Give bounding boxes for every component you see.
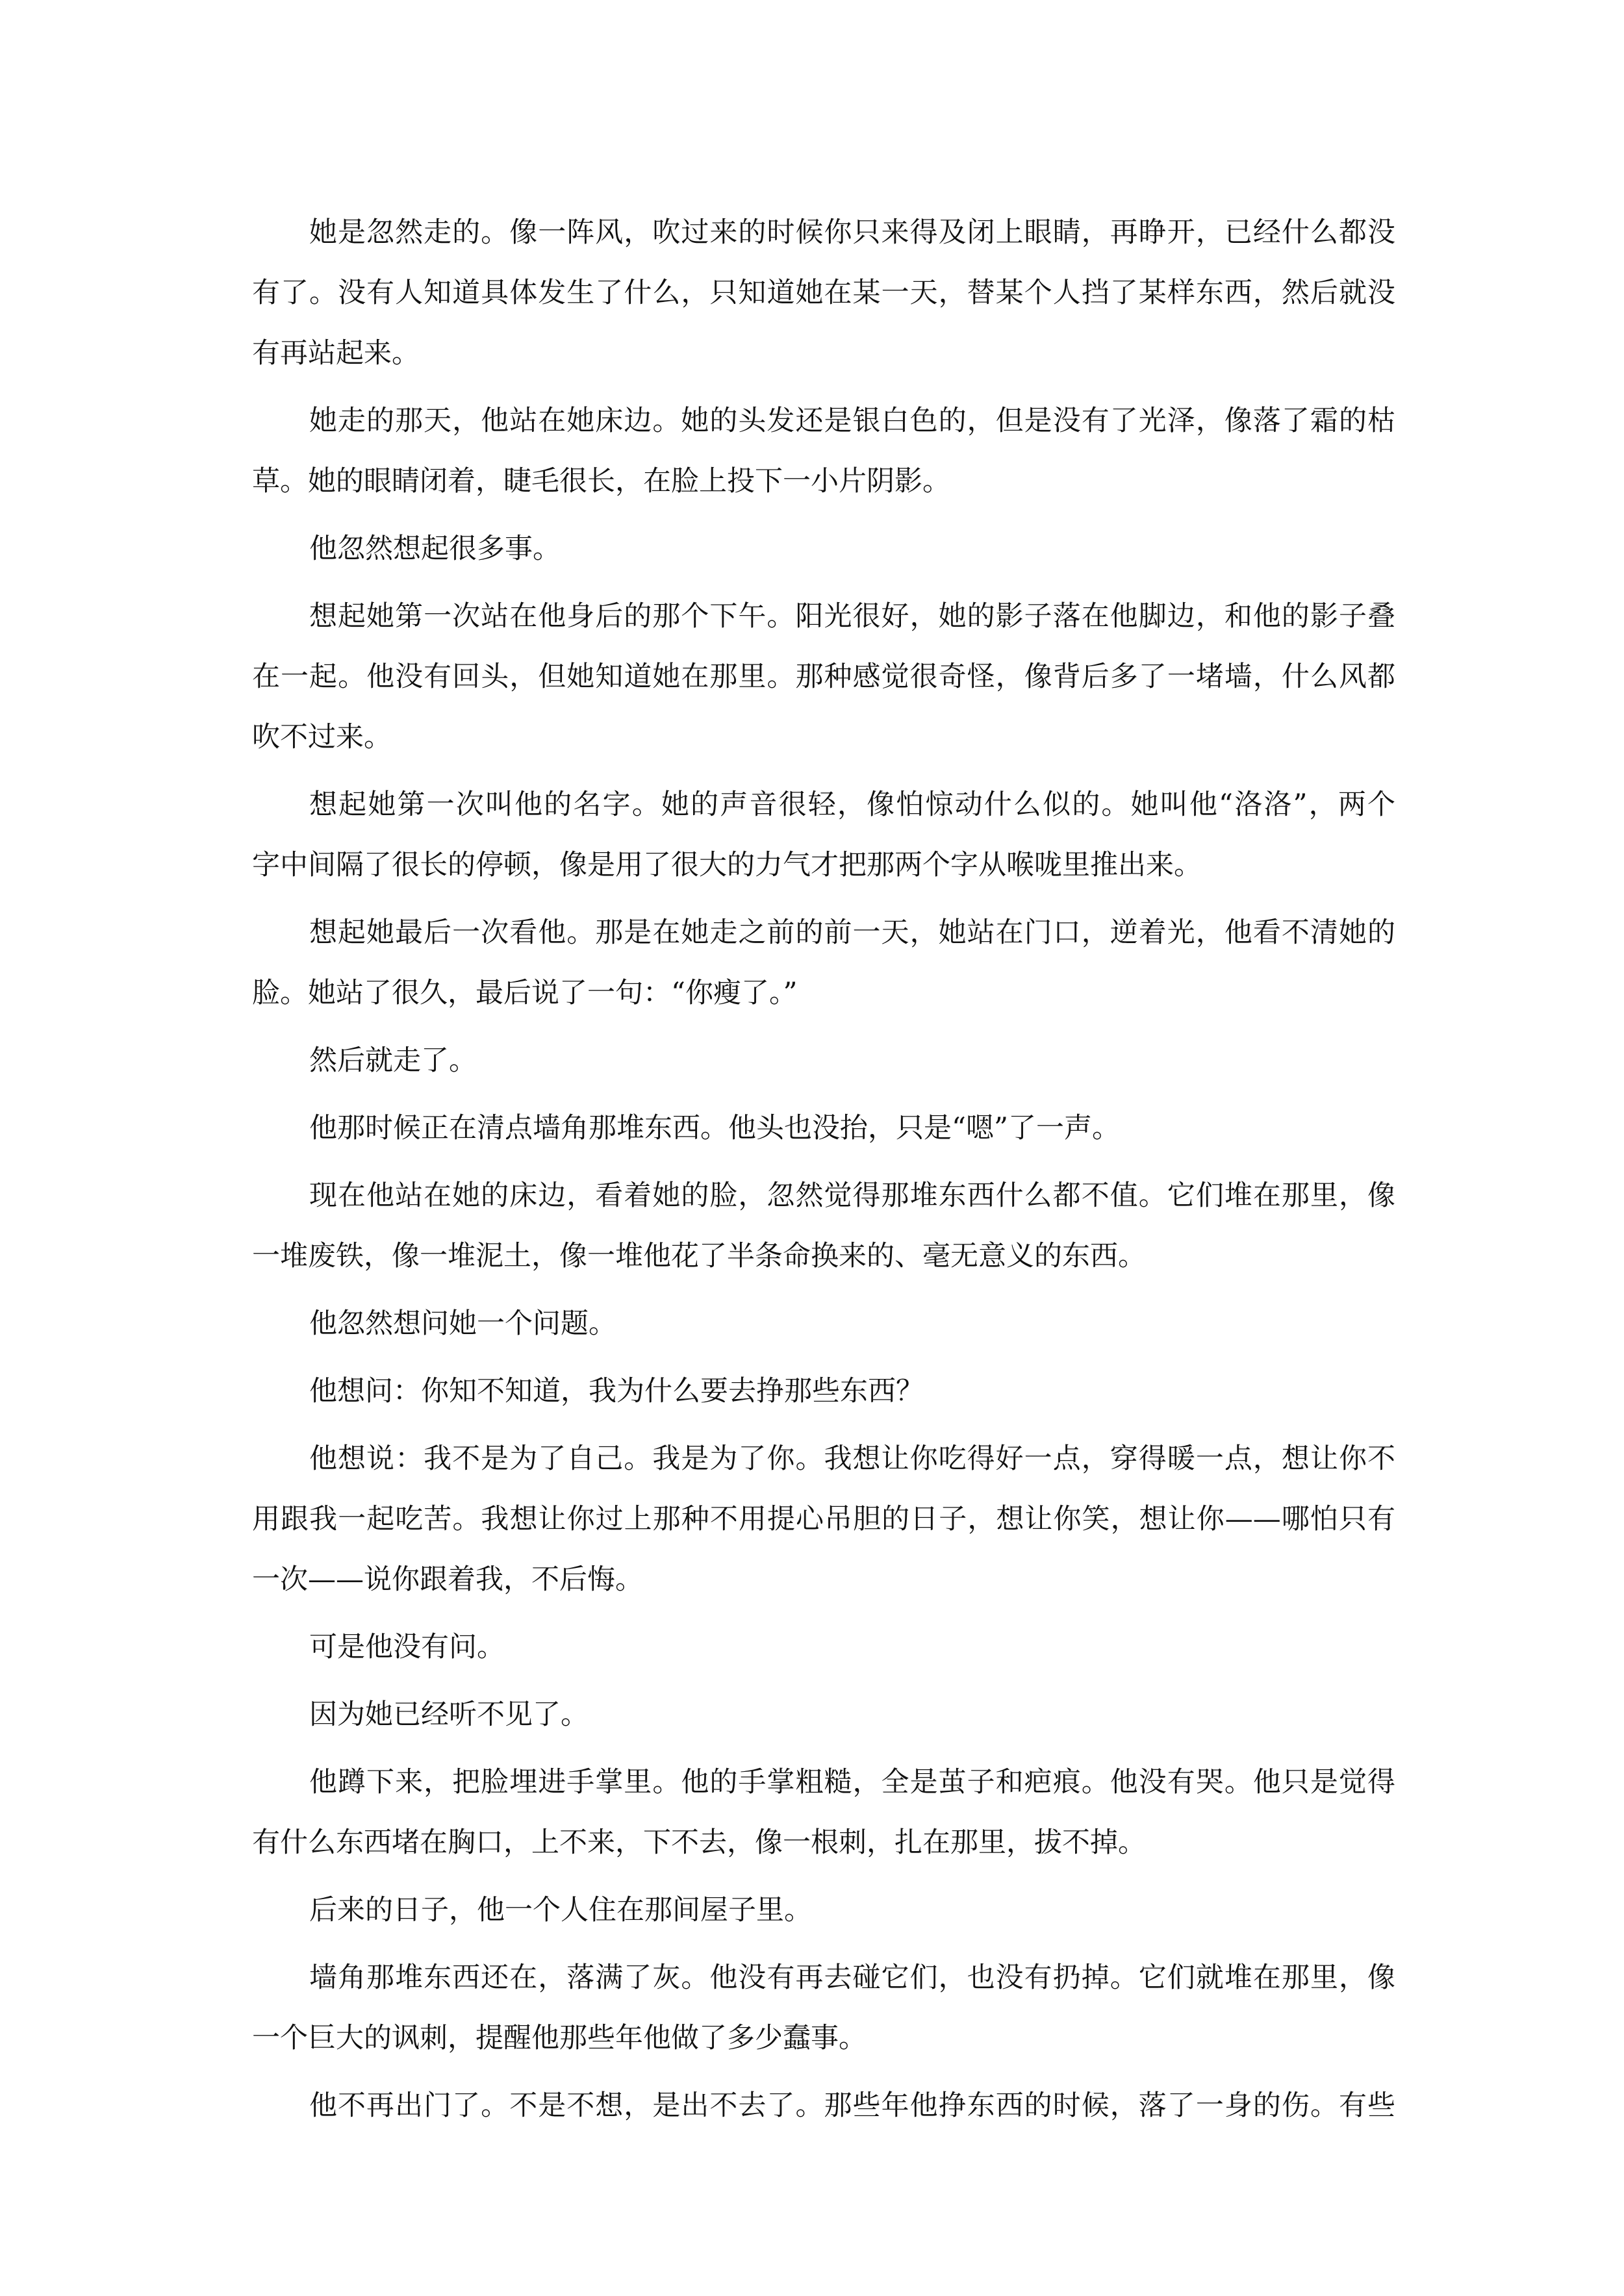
text-line: 字中间隔了很长的停顿，像是用了很大的力气才把那两个字从喉咙里推出来。 (252, 835, 1395, 896)
paragraph: 想起她第一次叫他的名字。她的声音很轻，像怕惊动什么似的。她叫他“洛洛”，两个字中… (252, 775, 1395, 896)
text-line: 一个巨大的讽刺，提醒他那些年他做了多少蠢事。 (252, 2008, 1395, 2069)
paragraph: 墙角那堆东西还在，落满了灰。他没有再去碰它们，也没有扔掉。它们就堆在那里，像一个… (252, 1948, 1395, 2069)
text-line: 在一起。他没有回头，但她知道她在那里。那种感觉很奇怪，像背后多了一堵墙，什么风都 (252, 647, 1395, 707)
paragraph: 因为她已经听不见了。 (252, 1685, 1395, 1745)
text-line: 脸。她站了很久，最后说了一句：“你瘦了。” (252, 963, 1395, 1024)
text-line: 有了。没有人知道具体发生了什么，只知道她在某一天，替某个人挡了某样东西，然后就没 (252, 263, 1395, 323)
text-line: 她是忽然走的。像一阵风，吹过来的时候你只来得及闭上眼睛，再睁开，已经什么都没 (252, 203, 1395, 263)
paragraph: 他想问：你知不知道，我为什么要去挣那些东西？ (252, 1361, 1395, 1422)
text-line: 然后就走了。 (252, 1031, 1395, 1091)
text-line: 有什么东西堵在胸口，上不来，下不去，像一根刺，扎在那里，拔不掉。 (252, 1813, 1395, 1873)
text-line: 他蹲下来，把脸埋进手掌里。他的手掌粗糙，全是茧子和疤痕。他没有哭。他只是觉得 (252, 1752, 1395, 1813)
paragraph: 他不再出门了。不是不想，是出不去了。那些年他挣东西的时候，落了一身的伤。有些 (252, 2076, 1395, 2136)
paragraph: 想起她第一次站在他身后的那个下午。阳光很好，她的影子落在他脚边，和他的影子叠在一… (252, 587, 1395, 768)
paragraph: 后来的日子，他一个人住在那间屋子里。 (252, 1880, 1395, 1941)
text-line: 他想说：我不是为了自己。我是为了你。我想让你吃得好一点，穿得暖一点，想让你不 (252, 1429, 1395, 1489)
paragraph: 然后就走了。 (252, 1031, 1395, 1091)
text-line: 一堆废铁，像一堆泥土，像一堆他花了半条命换来的、毫无意义的东西。 (252, 1226, 1395, 1287)
paragraph: 他蹲下来，把脸埋进手掌里。他的手掌粗糙，全是茧子和疤痕。他没有哭。他只是觉得有什… (252, 1752, 1395, 1873)
text-line: 他忽然想问她一个问题。 (252, 1294, 1395, 1354)
text-line: 她走的那天，他站在她床边。她的头发还是银白色的，但是没有了光泽，像落了霜的枯 (252, 391, 1395, 451)
paragraph: 她走的那天，他站在她床边。她的头发还是银白色的，但是没有了光泽，像落了霜的枯草。… (252, 391, 1395, 512)
paragraph: 他忽然想起很多事。 (252, 519, 1395, 579)
paragraph: 她是忽然走的。像一阵风，吹过来的时候你只来得及闭上眼睛，再睁开，已经什么都没有了… (252, 203, 1395, 384)
text-line: 有再站起来。 (252, 323, 1395, 384)
paragraph: 他忽然想问她一个问题。 (252, 1294, 1395, 1354)
paragraph: 他想说：我不是为了自己。我是为了你。我想让你吃得好一点，穿得暖一点，想让你不用跟… (252, 1429, 1395, 1610)
paragraph: 他那时候正在清点墙角那堆东西。他头也没抬，只是“嗯”了一声。 (252, 1098, 1395, 1159)
text-line: 一次——说你跟着我，不后悔。 (252, 1550, 1395, 1610)
text-line: 用跟我一起吃苦。我想让你过上那种不用提心吊胆的日子，想让你笑，想让你——哪怕只有 (252, 1489, 1395, 1550)
text-line: 他忽然想起很多事。 (252, 519, 1395, 579)
text-line: 墙角那堆东西还在，落满了灰。他没有再去碰它们，也没有扔掉。它们就堆在那里，像 (252, 1948, 1395, 2008)
text-line: 想起她最后一次看他。那是在她走之前的前一天，她站在门口，逆着光，他看不清她的 (252, 903, 1395, 963)
text-line: 可是他没有问。 (252, 1617, 1395, 1678)
text-line: 吹不过来。 (252, 707, 1395, 768)
text-line: 他不再出门了。不是不想，是出不去了。那些年他挣东西的时候，落了一身的伤。有些 (252, 2076, 1395, 2136)
text-line: 想起她第一次站在他身后的那个下午。阳光很好，她的影子落在他脚边，和他的影子叠 (252, 587, 1395, 647)
paragraph: 想起她最后一次看他。那是在她走之前的前一天，她站在门口，逆着光，他看不清她的脸。… (252, 903, 1395, 1024)
text-line: 想起她第一次叫他的名字。她的声音很轻，像怕惊动什么似的。她叫他“洛洛”，两个 (252, 775, 1395, 835)
text-line: 草。她的眼睛闭着，睫毛很长，在脸上投下一小片阴影。 (252, 451, 1395, 512)
text-line: 因为她已经听不见了。 (252, 1685, 1395, 1745)
text-line: 现在他站在她的床边，看着她的脸，忽然觉得那堆东西什么都不值。它们堆在那里，像 (252, 1166, 1395, 1226)
paragraph: 现在他站在她的床边，看着她的脸，忽然觉得那堆东西什么都不值。它们堆在那里，像一堆… (252, 1166, 1395, 1287)
document-page: 她是忽然走的。像一阵风，吹过来的时候你只来得及闭上眼睛，再睁开，已经什么都没有了… (252, 203, 1395, 2143)
text-line: 后来的日子，他一个人住在那间屋子里。 (252, 1880, 1395, 1941)
paragraph: 可是他没有问。 (252, 1617, 1395, 1678)
text-line: 他那时候正在清点墙角那堆东西。他头也没抬，只是“嗯”了一声。 (252, 1098, 1395, 1159)
text-line: 他想问：你知不知道，我为什么要去挣那些东西？ (252, 1361, 1395, 1422)
